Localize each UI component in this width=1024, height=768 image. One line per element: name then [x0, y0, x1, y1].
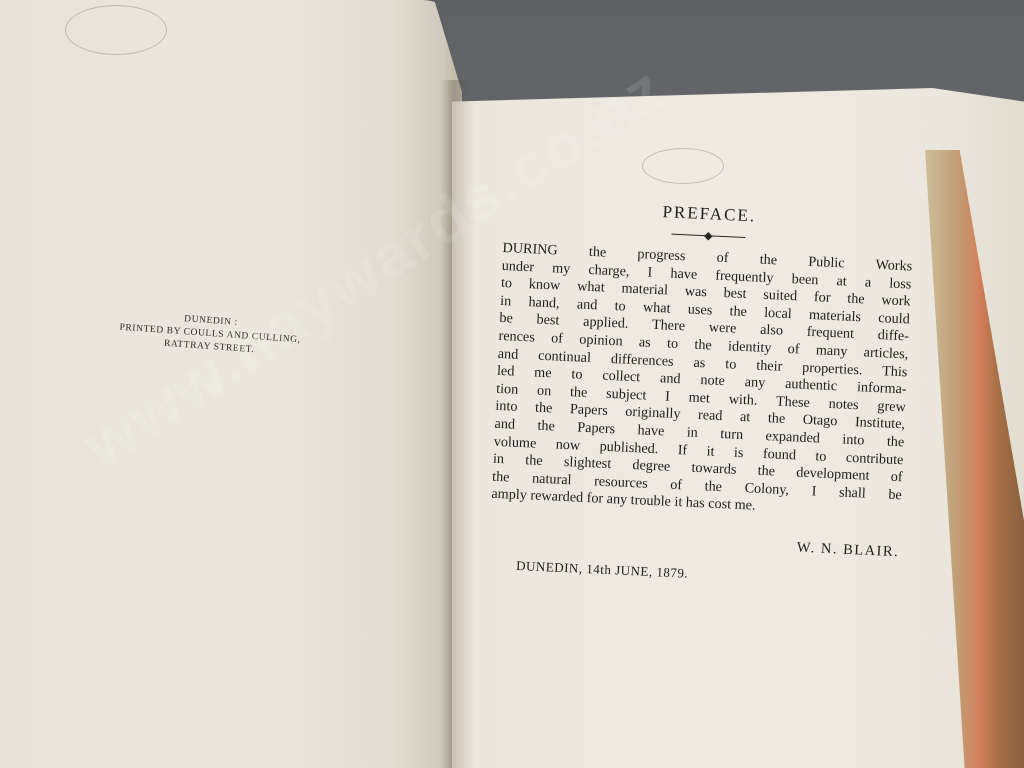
preface-text-block: PREFACE. DURING the progress of the Publ…: [488, 195, 915, 591]
library-stamp: [65, 5, 167, 55]
author-signature: W. N. BLAIR.: [489, 526, 899, 562]
preface-body: DURING the progress of the Public Works …: [491, 240, 913, 522]
ornamental-rule: [671, 231, 745, 241]
library-stamp-faint: [642, 148, 724, 184]
